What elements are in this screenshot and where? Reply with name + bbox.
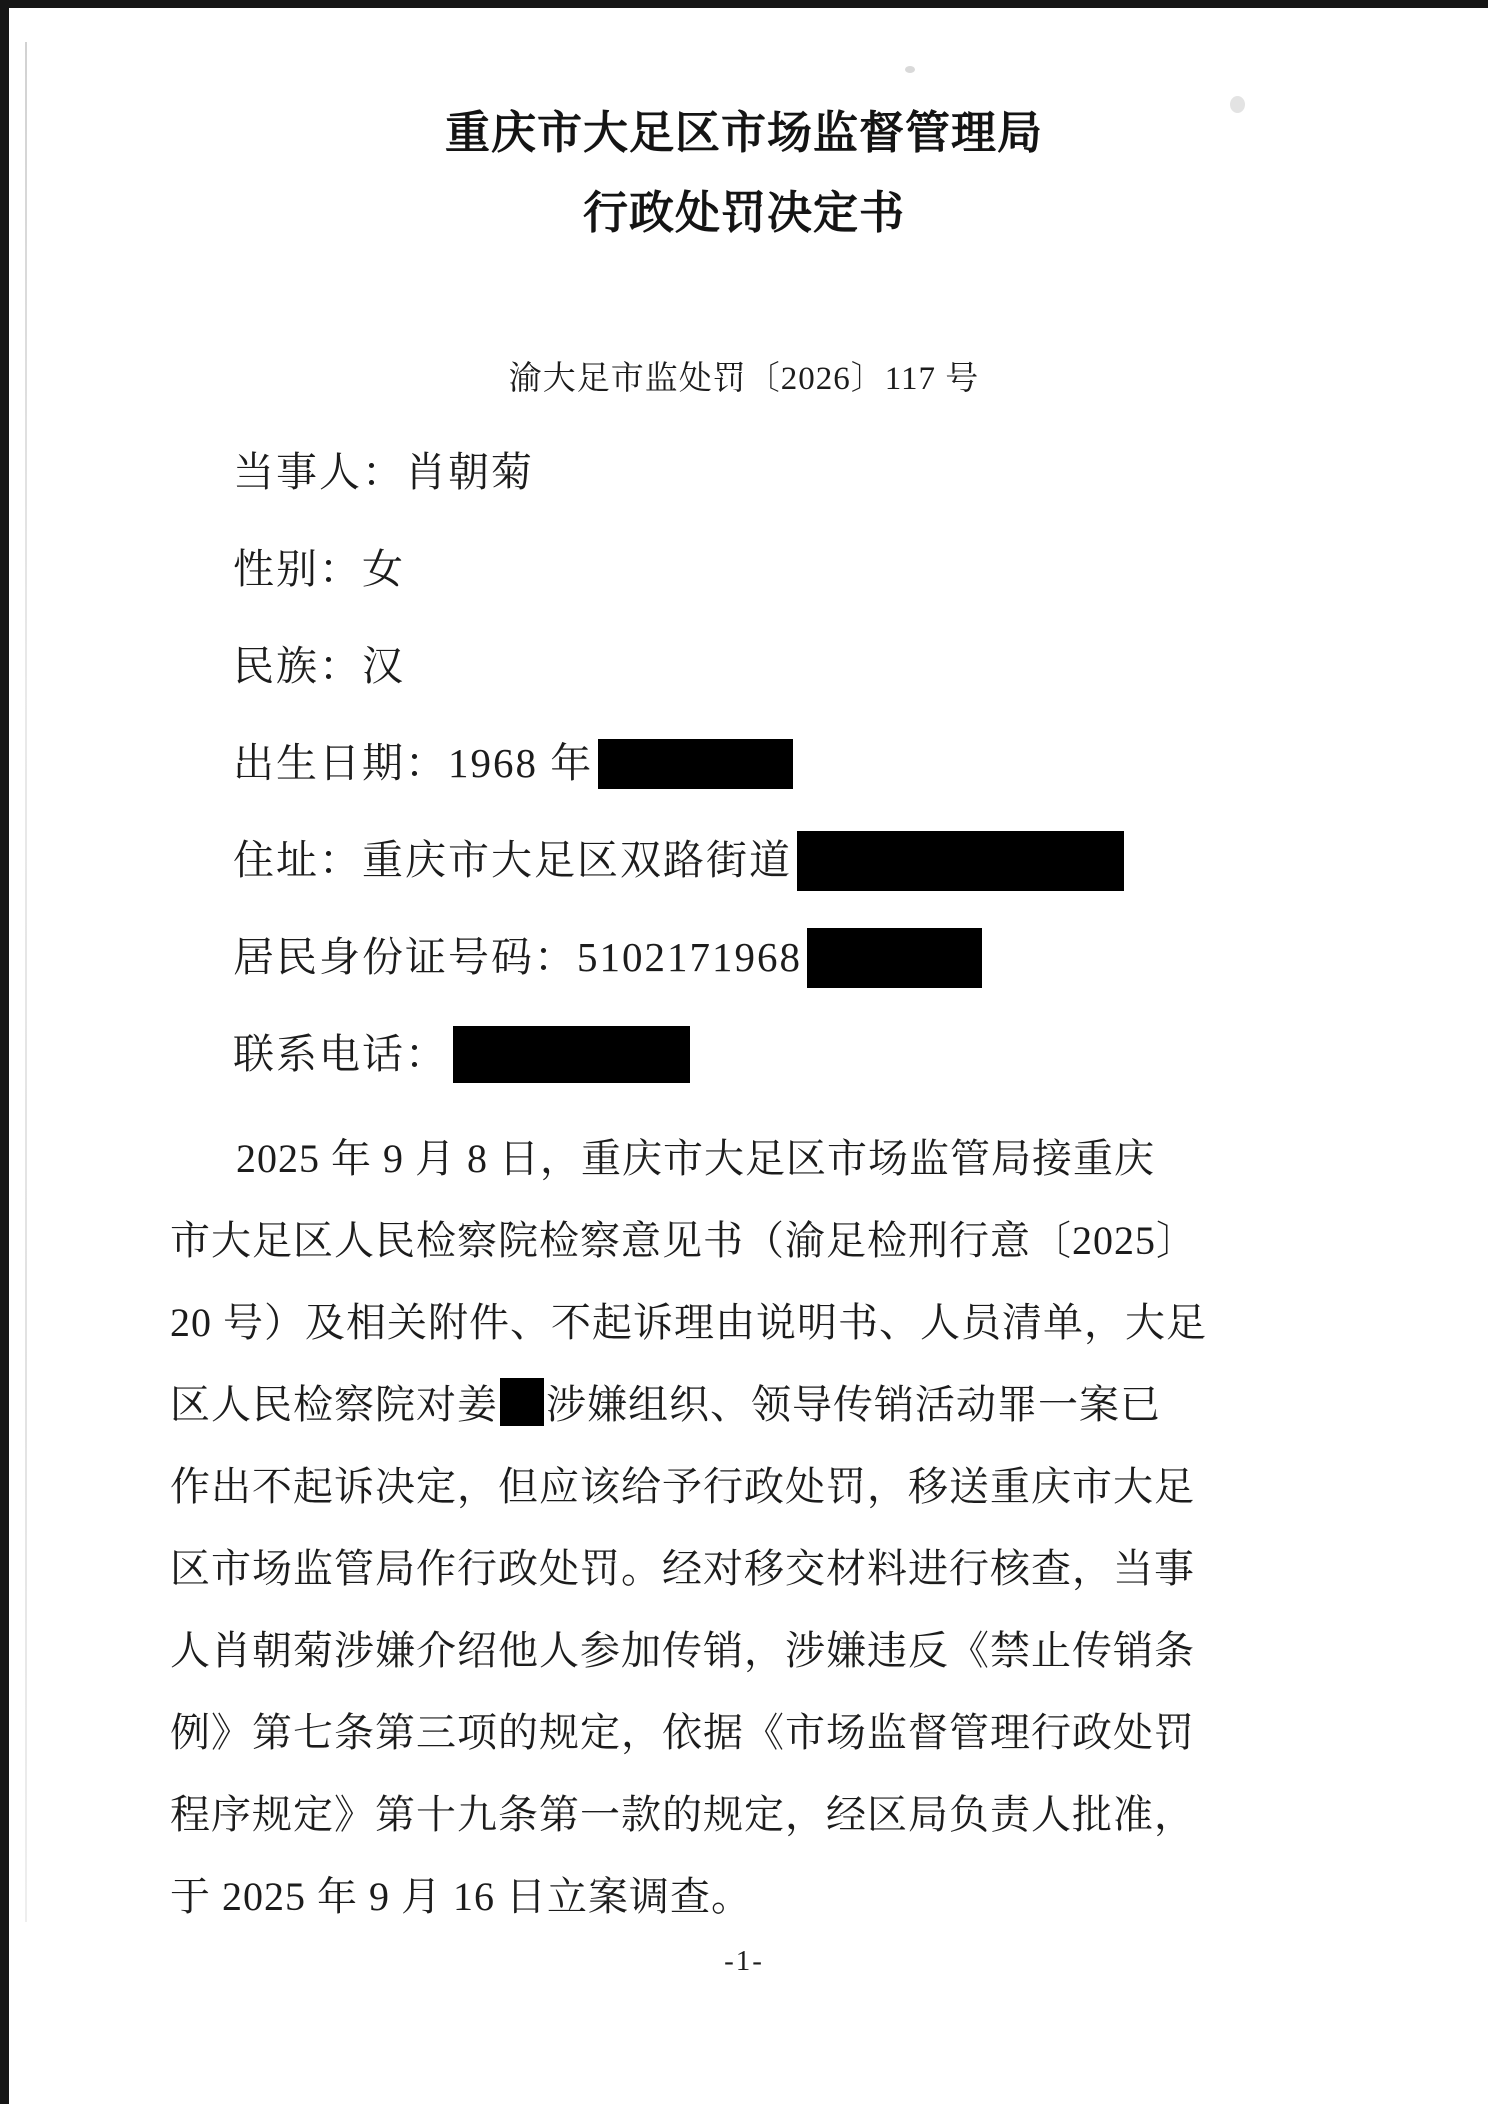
- party-info-row: 民族：汉: [233, 639, 1368, 736]
- body-line: 例》第七条第三项的规定，依据《市场监督管理行政处罚: [170, 1692, 1155, 1774]
- party-info-section: 当事人：肖朝菊性别：女民族：汉出生日期：1968 年住址：重庆市大足区双路街道居…: [233, 445, 1368, 1124]
- inline-redaction-square: [500, 1378, 544, 1426]
- body-line: 2025 年 9 月 8 日，重庆市大足区市场监管局接重庆: [170, 1118, 1155, 1200]
- body-line: 于 2025 年 9 月 16 日立案调查。: [170, 1856, 1155, 1938]
- page-number: -1-: [0, 1945, 1488, 1978]
- party-info-row: 当事人：肖朝菊: [233, 445, 1368, 542]
- scanned-document-page: { "document": { "title_line1": "重庆市大足区市场…: [0, 0, 1488, 2104]
- field-label: 当事人：: [233, 449, 405, 495]
- party-info-row: 住址：重庆市大足区双路街道: [233, 833, 1368, 930]
- scan-edge-left: [0, 0, 9, 2104]
- body-line: 作出不起诉决定，但应该给予行政处罚，移送重庆市大足: [170, 1446, 1155, 1528]
- scan-fold-line: [25, 42, 27, 1922]
- document-number: 渝大足市监处罚〔2026〕117 号: [0, 352, 1488, 399]
- field-label: 住址：: [233, 837, 362, 883]
- field-value: 重庆市大足区双路街道: [362, 837, 792, 883]
- field-label: 联系电话：: [233, 1031, 448, 1077]
- redaction-bar: [453, 1026, 690, 1083]
- party-info-row: 居民身份证号码：5102171968: [233, 930, 1368, 1027]
- field-label: 出生日期：: [233, 740, 448, 786]
- body-line: 程序规定》第十九条第一款的规定，经区局负责人批准，: [170, 1774, 1155, 1856]
- field-value: 女: [362, 546, 405, 592]
- party-info-row: 出生日期：1968 年: [233, 736, 1368, 833]
- redaction-bar: [797, 831, 1124, 891]
- party-info-row: 性别：女: [233, 542, 1368, 639]
- field-label: 居民身份证号码：: [233, 934, 577, 980]
- body-line: 区人民检察院对姜涉嫌组织、领导传销活动罪一案已: [170, 1364, 1155, 1446]
- redaction-bar: [598, 739, 793, 789]
- body-line: 市大足区人民检察院检察意见书（渝足检刑行意〔2025〕: [170, 1200, 1155, 1282]
- field-value: 肖朝菊: [405, 449, 534, 495]
- redaction-bar: [807, 928, 982, 988]
- scan-edge-top: [0, 0, 1488, 8]
- body-paragraph: 2025 年 9 月 8 日，重庆市大足区市场监管局接重庆市大足区人民检察院检察…: [170, 1118, 1155, 1938]
- body-line: 人肖朝菊涉嫌介绍他人参加传销，涉嫌违反《禁止传销条: [170, 1610, 1155, 1692]
- body-line: 区市场监管局作行政处罚。经对移交材料进行核查，当事: [170, 1528, 1155, 1610]
- field-value: 5102171968: [577, 934, 802, 980]
- field-label: 民族：: [233, 643, 362, 689]
- document-type-title: 行政处罚决定书: [0, 176, 1488, 241]
- party-info-row: 联系电话：: [233, 1027, 1368, 1124]
- field-value: 1968 年: [448, 740, 593, 786]
- field-label: 性别：: [233, 546, 362, 592]
- body-line: 20 号）及相关附件、不起诉理由说明书、人员清单，大足: [170, 1282, 1155, 1364]
- field-value: 汉: [362, 643, 405, 689]
- scan-speck: [905, 66, 915, 73]
- agency-title: 重庆市大足区市场监督管理局: [0, 96, 1488, 161]
